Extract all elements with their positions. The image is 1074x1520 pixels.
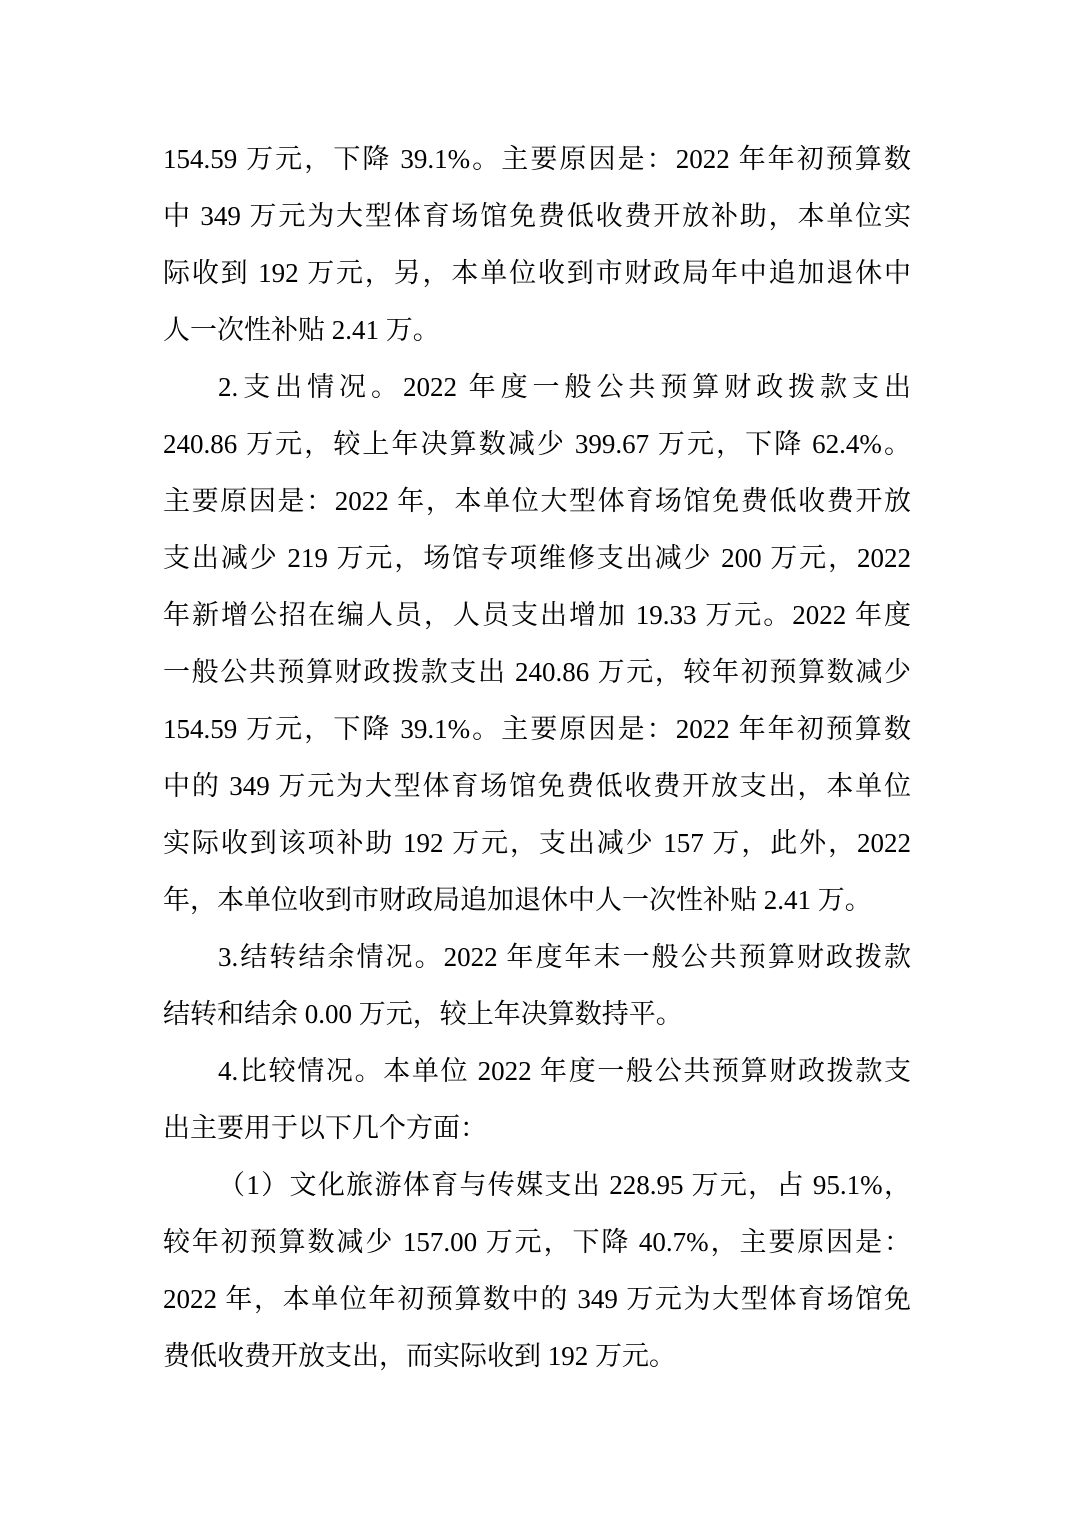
- paragraph: 4.比较情况。本单位 2022 年度一般公共预算财政拨款支出主要用于以下几个方面…: [163, 1043, 911, 1157]
- paragraph: 154.59 万元，下降 39.1%。主要原因是：2022 年年初预算数中 34…: [163, 131, 911, 359]
- text-line: 3.结转结余情况。2022 年度年末一般公共预算财政拨款: [163, 929, 911, 986]
- text-line: 中 349 万元为大型体育场馆免费低收费开放补助，本单位实: [163, 188, 911, 245]
- paragraph: 2.支出情况。2022 年度一般公共预算财政拨款支出240.86 万元，较上年决…: [163, 359, 911, 929]
- text-line: 中的 349 万元为大型体育场馆免费低收费开放支出，本单位: [163, 758, 911, 815]
- document-text-block: 154.59 万元，下降 39.1%。主要原因是：2022 年年初预算数中 34…: [163, 131, 911, 1385]
- paragraph: 3.结转结余情况。2022 年度年末一般公共预算财政拨款结转和结余 0.00 万…: [163, 929, 911, 1043]
- text-line: 实际收到该项补助 192 万元，支出减少 157 万，此外，2022: [163, 815, 911, 872]
- text-line: 2022 年，本单位年初预算数中的 349 万元为大型体育场馆免: [163, 1271, 911, 1328]
- text-line: 年新增公招在编人员，人员支出增加 19.33 万元。2022 年度: [163, 587, 911, 644]
- text-line: （1）文化旅游体育与传媒支出 228.95 万元，占 95.1%，: [163, 1157, 911, 1214]
- text-line: 240.86 万元，较上年决算数减少 399.67 万元，下降 62.4%。: [163, 416, 911, 473]
- text-line: 较年初预算数减少 157.00 万元，下降 40.7%，主要原因是：: [163, 1214, 911, 1271]
- text-line: 2.支出情况。2022 年度一般公共预算财政拨款支出: [163, 359, 911, 416]
- text-line: 年，本单位收到市财政局追加退休中人一次性补贴 2.41 万。: [163, 872, 911, 929]
- paragraph: （1）文化旅游体育与传媒支出 228.95 万元，占 95.1%，较年初预算数减…: [163, 1157, 911, 1385]
- text-line: 一般公共预算财政拨款支出 240.86 万元，较年初预算数减少: [163, 644, 911, 701]
- text-line: 人一次性补贴 2.41 万。: [163, 302, 911, 359]
- text-line: 际收到 192 万元，另，本单位收到市财政局年中追加退休中: [163, 245, 911, 302]
- text-line: 支出减少 219 万元，场馆专项维修支出减少 200 万元，2022: [163, 530, 911, 587]
- text-line: 主要原因是：2022 年，本单位大型体育场馆免费低收费开放: [163, 473, 911, 530]
- text-line: 费低收费开放支出，而实际收到 192 万元。: [163, 1328, 911, 1385]
- text-line: 154.59 万元，下降 39.1%。主要原因是：2022 年年初预算数: [163, 131, 911, 188]
- text-line: 154.59 万元，下降 39.1%。主要原因是：2022 年年初预算数: [163, 701, 911, 758]
- text-line: 出主要用于以下几个方面：: [163, 1100, 911, 1157]
- document-page: 154.59 万元，下降 39.1%。主要原因是：2022 年年初预算数中 34…: [0, 0, 1074, 1520]
- text-line: 结转和结余 0.00 万元，较上年决算数持平。: [163, 986, 911, 1043]
- text-line: 4.比较情况。本单位 2022 年度一般公共预算财政拨款支: [163, 1043, 911, 1100]
